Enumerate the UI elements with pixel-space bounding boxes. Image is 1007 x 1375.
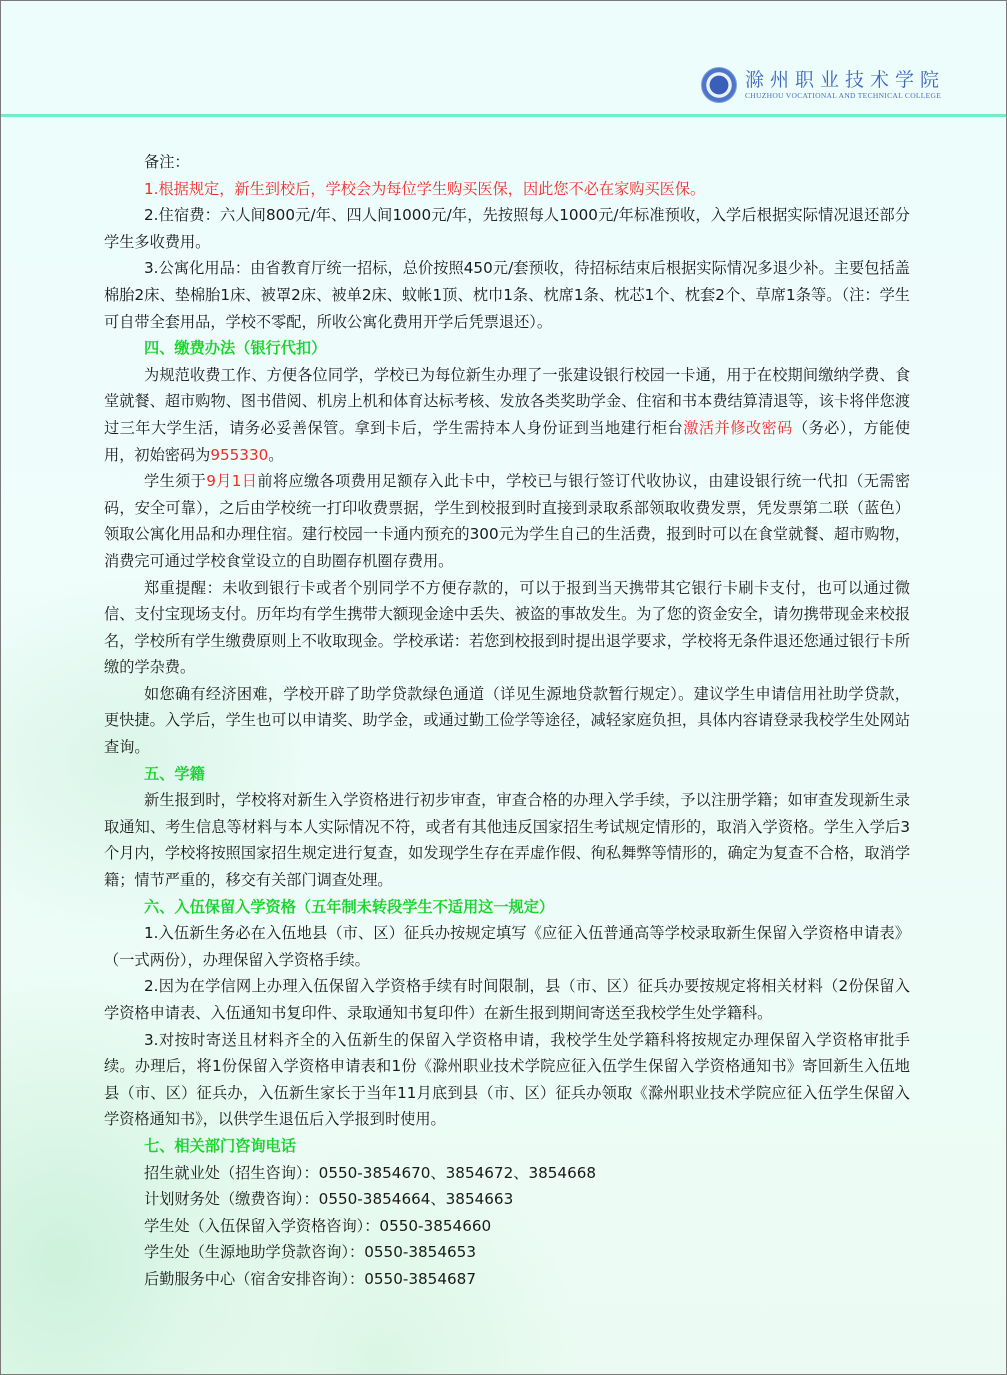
section-heading-enrollment: 五、学籍 bbox=[104, 761, 910, 788]
note-item-2: 2.住宿费：六人间800元/年、四人间1000元/年，先按照每人1000元/年标… bbox=[104, 202, 910, 255]
section-heading-payment: 四、缴费办法（银行代扣） bbox=[104, 335, 910, 362]
college-emblem-icon bbox=[701, 67, 737, 103]
contact-row: 学生处（入伍保留入学资格咨询）：0550-3854660 bbox=[104, 1213, 910, 1240]
contact-row: 招生就业处（招生咨询）：0550-3854670、3854672、3854668 bbox=[104, 1160, 910, 1187]
logo-text: 滁州职业技术学院 CHUZHOU VOCATIONAL AND TECHNICA… bbox=[745, 69, 945, 101]
initial-password: 955330 bbox=[210, 446, 268, 464]
header-divider bbox=[1, 114, 1006, 117]
deadline-date: 9月1日 bbox=[206, 472, 257, 490]
military-item-3: 3.对按时寄送且材料齐全的入伍新生的保留入学资格申请，我校学生处学籍科将按规定办… bbox=[104, 1027, 910, 1133]
contact-dept: 后勤服务中心（宿舍安排咨询）： bbox=[144, 1270, 364, 1288]
contact-phone: 0550-3854660 bbox=[379, 1217, 491, 1235]
school-name-en: CHUZHOU VOCATIONAL AND TECHNICAL COLLEGE bbox=[745, 91, 945, 101]
military-item-1: 1.入伍新生务必在入伍地县（市、区）征兵办按规定填写《应征入伍普通高等学校录取新… bbox=[104, 920, 910, 973]
payment-reminder: 郑重提醒：未收到银行卡或者个别同学不方便存款的，可以于报到当天携带其它银行卡刷卡… bbox=[104, 575, 910, 681]
payment-loan-info: 如您确有经济困难，学校开辟了助学贷款绿色通道（详见生源地贷款暂行规定）。建议学生… bbox=[104, 681, 910, 761]
contact-row: 计划财务处（缴费咨询）：0550-3854664、3854663 bbox=[104, 1186, 910, 1213]
payment-paragraph-1: 为规范收费工作、方便各位同学，学校已为每位新生办理了一张建设银行校园一卡通，用于… bbox=[104, 362, 910, 468]
section-heading-military: 六、入伍保留入学资格（五年制未转段学生不适用这一规定） bbox=[104, 894, 910, 921]
contact-phone: 0550-3854687 bbox=[364, 1270, 476, 1288]
contact-dept: 学生处（入伍保留入学资格咨询）： bbox=[144, 1217, 379, 1235]
contact-dept: 招生就业处（招生咨询）： bbox=[144, 1164, 319, 1182]
text: 。 bbox=[268, 446, 283, 464]
document-body: 备注： 1.根据规定，新生到校后，学校会为每位学生购买医保，因此您不必在家购买医… bbox=[104, 149, 910, 1293]
military-item-2: 2.因为在学信网上办理入伍保留入学资格手续有时间限制，县（市、区）征兵办要按规定… bbox=[104, 973, 910, 1026]
note-item-1: 1.根据规定，新生到校后，学校会为每位学生购买医保，因此您不必在家购买医保。 bbox=[104, 176, 910, 203]
contact-phone: 0550-3854670、3854672、3854668 bbox=[319, 1164, 596, 1182]
payment-paragraph-2: 学生须于9月1日前将应缴各项费用足额存入此卡中，学校已与银行签订代收协议，由建设… bbox=[104, 468, 910, 574]
activate-password-highlight: 激活并修改密码 bbox=[683, 419, 793, 437]
document-page: 滁州职业技术学院 CHUZHOU VOCATIONAL AND TECHNICA… bbox=[0, 0, 1007, 1375]
enrollment-paragraph: 新生报到时，学校将对新生入学资格进行初步审查，审查合格的办理入学手续，予以注册学… bbox=[104, 787, 910, 893]
contact-phone: 0550-3854653 bbox=[364, 1243, 476, 1261]
contact-row: 学生处（生源地助学贷款咨询）：0550-3854653 bbox=[104, 1239, 910, 1266]
contact-dept: 计划财务处（缴费咨询）： bbox=[144, 1190, 319, 1208]
text: 学生须于 bbox=[144, 472, 206, 490]
notes-title: 备注： bbox=[104, 149, 910, 176]
contact-row: 后勤服务中心（宿舍安排咨询）：0550-3854687 bbox=[104, 1266, 910, 1293]
note-item-3: 3.公寓化用品：由省教育厅统一招标，总价按照450元/套预收，待招标结束后根据实… bbox=[104, 255, 910, 335]
section-heading-contacts: 七、相关部门咨询电话 bbox=[104, 1133, 910, 1160]
contact-phone: 0550-3854664、3854663 bbox=[319, 1190, 514, 1208]
contact-dept: 学生处（生源地助学贷款咨询）： bbox=[144, 1243, 364, 1261]
school-name-cn: 滁州职业技术学院 bbox=[745, 69, 945, 91]
college-logo: 滁州职业技术学院 CHUZHOU VOCATIONAL AND TECHNICA… bbox=[701, 67, 945, 103]
